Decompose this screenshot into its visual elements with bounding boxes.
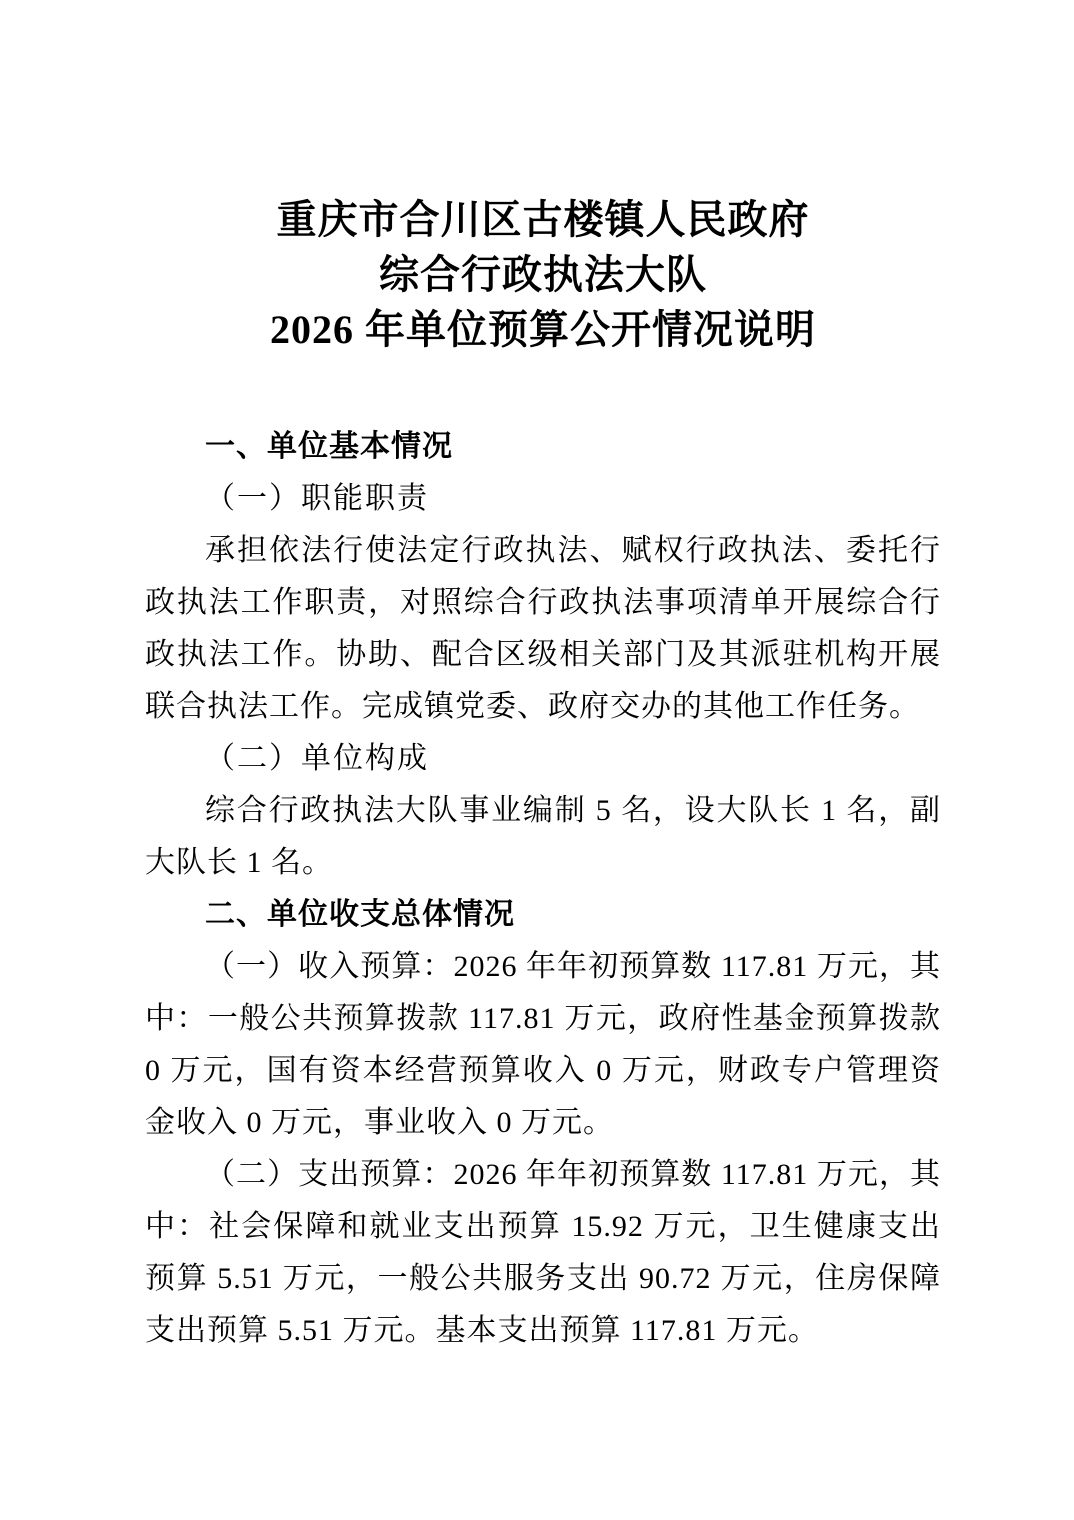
document-page: 重庆市合川区古楼镇人民政府 综合行政执法大队 2026 年单位预算公开情况说明 … [0, 0, 1074, 1520]
paragraph-revenue-budget: （一）收入预算：2026 年年初预算数 117.81 万元，其中：一般公共预算拨… [145, 941, 941, 1149]
document-title: 重庆市合川区古楼镇人民政府 综合行政执法大队 2026 年单位预算公开情况说明 [145, 192, 941, 357]
sub-heading-duties: （一）职能职责 [145, 473, 941, 525]
sub-heading-unit-composition: （二）单位构成 [145, 733, 941, 785]
section-heading-unit-basic-info: 一、单位基本情况 [145, 421, 941, 473]
paragraph-duties: 承担依法行使法定行政执法、赋权行政执法、委托行政执法工作职责，对照综合行政执法事… [145, 525, 941, 733]
title-line-1: 重庆市合川区古楼镇人民政府 [145, 192, 941, 247]
document-content: 重庆市合川区古楼镇人民政府 综合行政执法大队 2026 年单位预算公开情况说明 … [145, 192, 941, 1357]
paragraph-unit-composition: 综合行政执法大队事业编制 5 名，设大队长 1 名，副大队长 1 名。 [145, 785, 941, 889]
paragraph-expenditure-budget: （二）支出预算：2026 年年初预算数 117.81 万元，其中：社会保障和就业… [145, 1149, 941, 1357]
title-line-3: 2026 年单位预算公开情况说明 [145, 302, 941, 357]
title-line-2: 综合行政执法大队 [145, 247, 941, 302]
section-heading-revenue-expenditure-overview: 二、单位收支总体情况 [145, 889, 941, 941]
